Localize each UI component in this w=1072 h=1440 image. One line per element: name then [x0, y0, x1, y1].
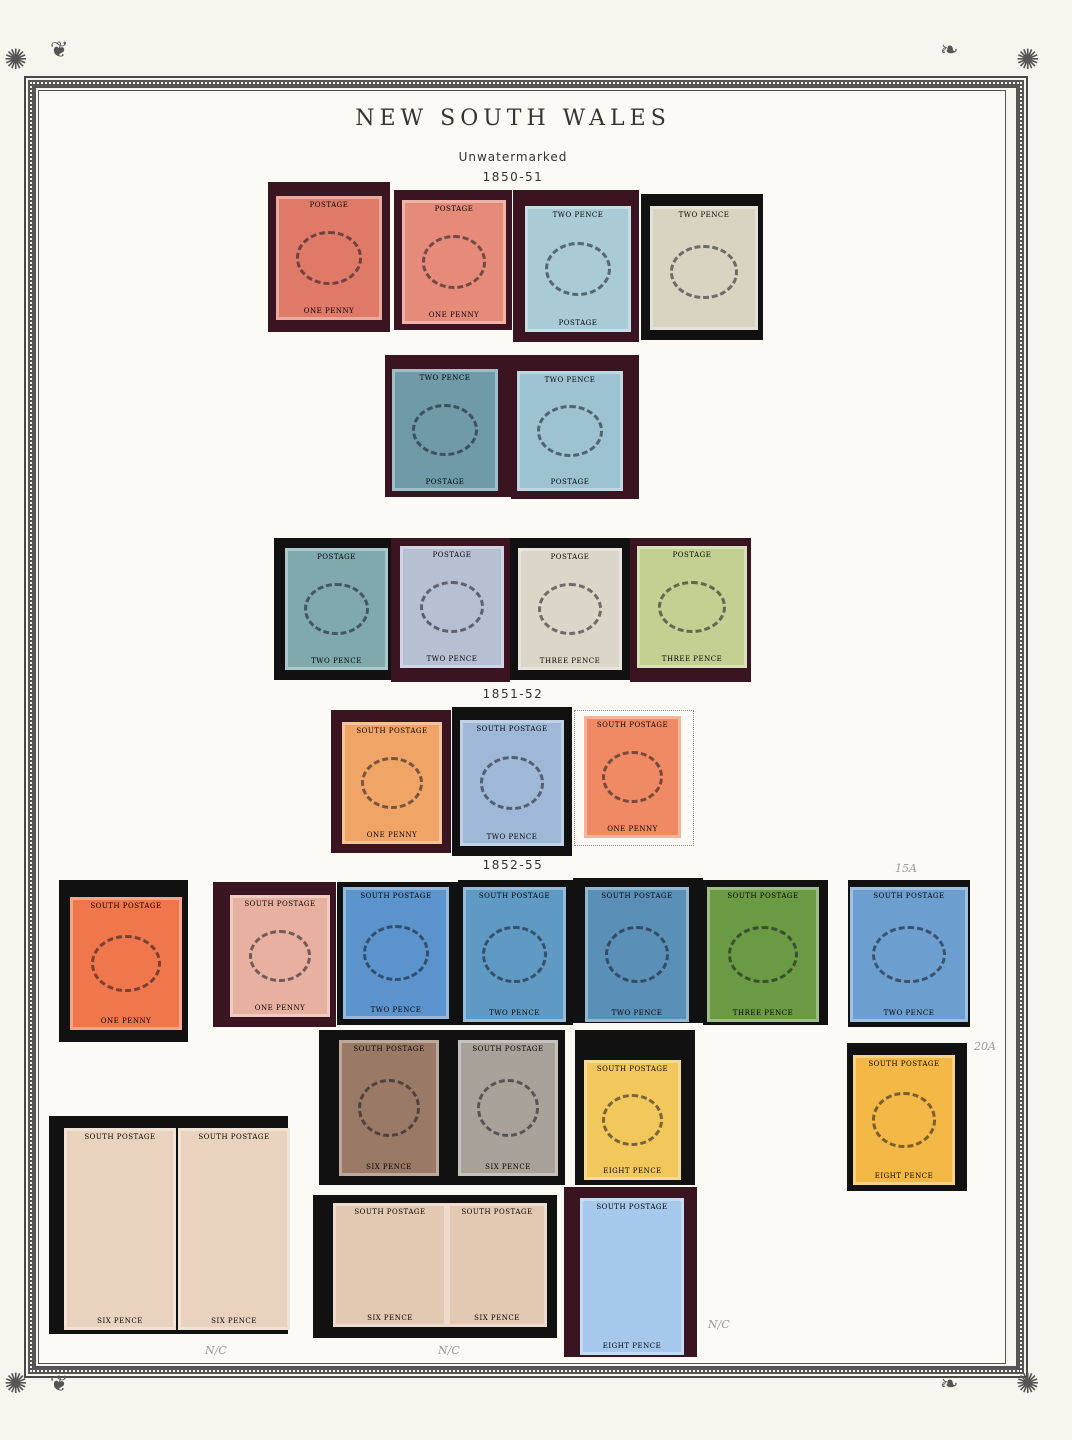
stamp: POSTAGETWO PENCE	[400, 546, 504, 668]
stamp: POSTAGETHREE PENCE	[637, 546, 747, 668]
scroll-ornament-icon: ❦	[50, 40, 68, 62]
stamp-value-label: EIGHT PENCE	[875, 1170, 933, 1182]
stamp-top-label: TWO PENCE	[553, 209, 604, 221]
stamp-top-label: SOUTH POSTAGE	[479, 890, 550, 902]
postmark-cancel-icon	[872, 926, 945, 984]
stamp-top-label: SOUTH POSTAGE	[360, 890, 431, 902]
stamp-value-label: SIX PENCE	[485, 1161, 531, 1173]
stamp: SOUTH POSTAGESIX PENCE	[333, 1203, 447, 1327]
stamp-value-label: SIX PENCE	[366, 1161, 412, 1173]
scroll-ornament-icon: ❦	[50, 1374, 68, 1396]
postmark-cancel-icon	[537, 405, 603, 457]
postmark-cancel-icon	[605, 926, 670, 984]
section-year: 1851-52	[0, 687, 1026, 701]
postmark-cancel-icon	[358, 1079, 420, 1137]
stamp-top-label: SOUTH POSTAGE	[873, 890, 944, 902]
stamp-top-label: SOUTH POSTAGE	[868, 1058, 939, 1070]
stamp-value-label: POSTAGE	[559, 317, 598, 329]
stamp: SOUTH POSTAGETWO PENCE	[463, 887, 566, 1022]
stamp-value-label: TWO PENCE	[311, 655, 362, 667]
scroll-ornament-icon: ❧	[940, 40, 958, 62]
stamp-value-label: TWO PENCE	[487, 831, 538, 843]
stamp-value-label: ONE PENNY	[367, 829, 417, 841]
stamp: SOUTH POSTAGESIX PENCE	[178, 1128, 290, 1330]
stamp-top-label: SOUTH POSTAGE	[476, 723, 547, 735]
stamp-value-label: ONE PENNY	[429, 309, 479, 321]
stamp-top-label: SOUTH POSTAGE	[461, 1206, 532, 1218]
stamp: SOUTH POSTAGETWO PENCE	[585, 887, 689, 1022]
stamp-top-label: TWO PENCE	[545, 374, 596, 386]
stamp-top-label: SOUTH POSTAGE	[596, 1201, 667, 1213]
stamp-top-label: SOUTH POSTAGE	[472, 1043, 543, 1055]
postmark-cancel-icon	[480, 756, 545, 810]
stamp-value-label: TWO PENCE	[427, 653, 478, 665]
stamp-top-label: TWO PENCE	[420, 372, 471, 384]
stamp-top-label: SOUTH POSTAGE	[356, 725, 427, 737]
stamp-value-label: SIX PENCE	[211, 1315, 257, 1327]
postmark-cancel-icon	[538, 583, 603, 635]
stamp-value-label: EIGHT PENCE	[603, 1165, 661, 1177]
stamp-top-label: SOUTH POSTAGE	[354, 1206, 425, 1218]
postmark-cancel-icon	[545, 242, 611, 296]
stamp-top-label: SOUTH POSTAGE	[597, 719, 668, 731]
handwritten-note: N/C	[708, 1318, 730, 1331]
scroll-ornament-icon: ❧	[940, 1374, 958, 1396]
stamp: SOUTH POSTAGEEIGHT PENCE	[584, 1060, 681, 1180]
stamp-top-label: SOUTH POSTAGE	[597, 1063, 668, 1075]
stamp-value-label: THREE PENCE	[662, 653, 722, 665]
stamp: TWO PENCEPOSTAGE	[525, 206, 631, 332]
stamp: SOUTH POSTAGESIX PENCE	[447, 1203, 547, 1327]
stamp-value-label: TWO PENCE	[489, 1007, 540, 1019]
stamp-top-label: POSTAGE	[435, 203, 474, 215]
stamp-top-label: POSTAGE	[433, 549, 472, 561]
postmark-cancel-icon	[249, 930, 311, 982]
postmark-cancel-icon	[872, 1092, 936, 1148]
stamp: SOUTH POSTAGESIX PENCE	[458, 1040, 558, 1176]
stamp-value-label: THREE PENCE	[540, 655, 600, 667]
handwritten-note: N/C	[205, 1344, 227, 1357]
stamp: SOUTH POSTAGESIX PENCE	[64, 1128, 176, 1330]
section-year: 1850-51	[0, 170, 1026, 184]
stamp: SOUTH POSTAGETWO PENCE	[460, 720, 564, 846]
rosette-ornament-icon: ✺	[1016, 1370, 1039, 1398]
postmark-cancel-icon	[296, 231, 362, 284]
rosette-ornament-icon: ✺	[1016, 46, 1039, 74]
stamp: SOUTH POSTAGETWO PENCE	[343, 887, 449, 1019]
stamp: SOUTH POSTAGETHREE PENCE	[707, 887, 819, 1022]
stamp-value-label: SIX PENCE	[474, 1312, 520, 1324]
postmark-cancel-icon	[602, 1094, 663, 1146]
page-subtitle: Unwatermarked	[0, 150, 1026, 164]
stamp-value-label: SIX PENCE	[367, 1312, 413, 1324]
postmark-cancel-icon	[422, 235, 487, 288]
stamp: TWO PENCEPOSTAGE	[392, 369, 498, 491]
stamp-value-label: ONE PENNY	[304, 305, 354, 317]
postmark-cancel-icon	[670, 245, 737, 298]
stamp-top-label: POSTAGE	[310, 199, 349, 211]
stamp: SOUTH POSTAGEONE PENNY	[230, 895, 330, 1017]
stamp-top-label: SOUTH POSTAGE	[601, 890, 672, 902]
stamp-value-label: SIX PENCE	[97, 1315, 143, 1327]
stamp: POSTAGEONE PENNY	[276, 196, 382, 320]
handwritten-note: N/C	[438, 1344, 460, 1357]
stamp-top-label: SOUTH POSTAGE	[90, 900, 161, 912]
postmark-cancel-icon	[412, 404, 478, 456]
stamp-top-label: SOUTH POSTAGE	[244, 898, 315, 910]
stamp-value-label: TWO PENCE	[371, 1004, 422, 1016]
stamp: SOUTH POSTAGESIX PENCE	[339, 1040, 439, 1176]
stamp-top-label: SOUTH POSTAGE	[727, 890, 798, 902]
stamp-top-label: POSTAGE	[551, 551, 590, 563]
postmark-cancel-icon	[420, 581, 485, 633]
postmark-cancel-icon	[361, 757, 423, 809]
stamp-top-label: TWO PENCE	[679, 209, 730, 221]
postmark-cancel-icon	[91, 935, 161, 992]
stamp: POSTAGETHREE PENCE	[518, 548, 622, 670]
postmark-cancel-icon	[304, 583, 368, 635]
stamp: SOUTH POSTAGETWO PENCE	[850, 887, 968, 1022]
stamp: SOUTH POSTAGEONE PENNY	[70, 897, 182, 1030]
stamp: SOUTH POSTAGEONE PENNY	[584, 716, 681, 838]
stamp-top-label: POSTAGE	[673, 549, 712, 561]
stamp: POSTAGETWO PENCE	[285, 548, 388, 670]
stamp-top-label: POSTAGE	[317, 551, 356, 563]
stamp-top-label: SOUTH POSTAGE	[198, 1131, 269, 1143]
stamp: SOUTH POSTAGEEIGHT PENCE	[853, 1055, 955, 1185]
stamp-value-label: ONE PENNY	[255, 1002, 305, 1014]
stamp-value-label: TWO PENCE	[612, 1007, 663, 1019]
rosette-ornament-icon: ✺	[4, 1370, 27, 1398]
postmark-cancel-icon	[477, 1079, 539, 1137]
postmark-cancel-icon	[482, 926, 546, 984]
handwritten-note: 15A	[895, 862, 917, 875]
rosette-ornament-icon: ✺	[4, 46, 27, 74]
stamp-value-label: POSTAGE	[426, 476, 465, 488]
postmark-cancel-icon	[602, 751, 663, 803]
stamp: SOUTH POSTAGEONE PENNY	[342, 722, 442, 844]
stamp: POSTAGEONE PENNY	[402, 200, 506, 324]
postmark-cancel-icon	[658, 581, 726, 633]
stamp-value-label: TWO PENCE	[884, 1007, 935, 1019]
stamp: SOUTH POSTAGEEIGHT PENCE	[580, 1198, 684, 1355]
page-title: NEW SOUTH WALES	[0, 106, 1026, 131]
postmark-cancel-icon	[363, 925, 429, 981]
stamp: TWO PENCEPOSTAGE	[517, 371, 623, 491]
stamp-value-label: THREE PENCE	[733, 1007, 793, 1019]
stamp: TWO PENCE	[650, 206, 758, 330]
stamp-value-label: EIGHT PENCE	[603, 1340, 661, 1352]
stamp-top-label: SOUTH POSTAGE	[353, 1043, 424, 1055]
section-year: 1852-55	[0, 858, 1026, 872]
postmark-cancel-icon	[728, 926, 798, 984]
handwritten-note: 20A	[974, 1040, 996, 1053]
stamp-value-label: ONE PENNY	[101, 1015, 151, 1027]
stamp-value-label: POSTAGE	[551, 476, 590, 488]
stamp-top-label: SOUTH POSTAGE	[84, 1131, 155, 1143]
stamp-value-label: ONE PENNY	[607, 823, 657, 835]
